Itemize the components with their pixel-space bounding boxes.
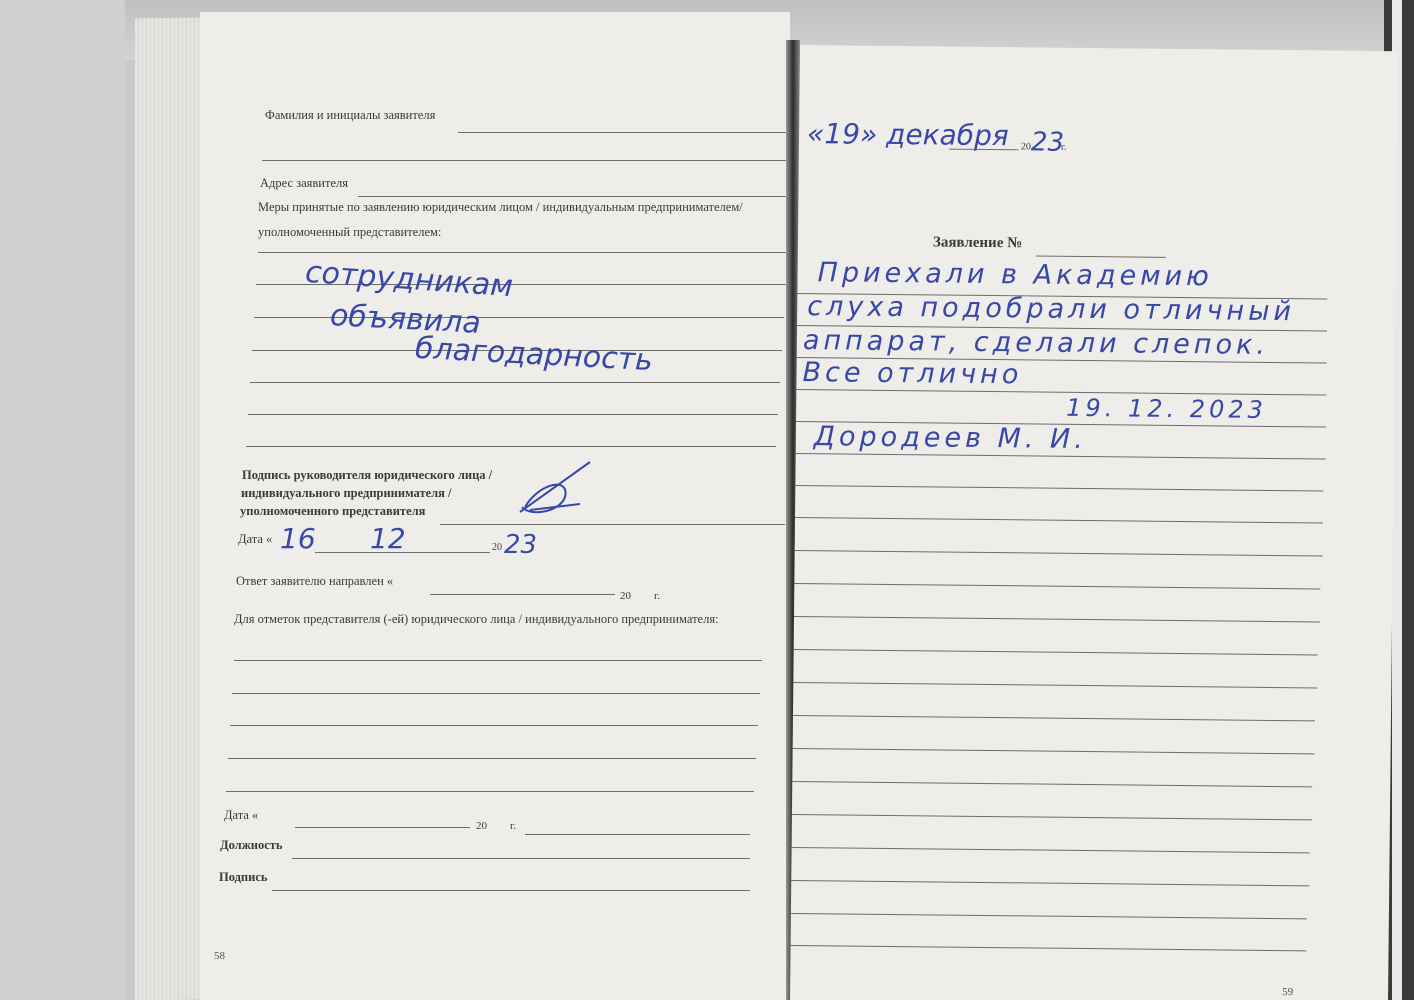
header-date-handwritten: «19» декабря	[807, 117, 1009, 152]
statement-line	[793, 715, 1315, 721]
applicant-name-label: Фамилия и инициалы заявителя	[265, 108, 435, 123]
bottom-date-suffix: г.	[510, 820, 516, 832]
signature-scribble-icon	[510, 452, 600, 522]
measures-line	[250, 382, 780, 383]
statement-line	[793, 748, 1315, 754]
measures-line	[258, 252, 788, 253]
statement-text-2: слуха подобрали отличный	[807, 291, 1295, 327]
applicant-address-label: Адрес заявителя	[260, 176, 348, 191]
representative-notes-label: Для отметок представителя (-ей) юридичес…	[234, 612, 719, 627]
statement-title: Заявление №	[933, 234, 1022, 252]
answer-sent-line	[430, 594, 615, 595]
statement-line	[791, 945, 1307, 951]
bottom-date-extra-line	[525, 834, 750, 835]
statement-text-4: Все отлично	[802, 357, 1022, 390]
statement-line	[794, 616, 1320, 623]
notes-line	[234, 660, 762, 661]
statement-line	[791, 880, 1309, 886]
statement-line	[794, 649, 1318, 655]
date-month-line	[315, 552, 490, 553]
statement-line	[793, 682, 1317, 688]
answer-sent-year: 20	[620, 590, 631, 602]
signature-line	[440, 524, 785, 525]
signature-head-label-3: уполномоченного представителя	[240, 504, 425, 519]
measures-label-2: уполномоченный представителем:	[258, 225, 441, 240]
statement-text-3: аппарат, сделали слепок.	[803, 325, 1269, 361]
statement-line	[795, 550, 1323, 557]
answer-sent-year-suffix: г.	[654, 590, 660, 602]
bottom-date-line	[295, 827, 470, 828]
statement-line	[795, 517, 1323, 524]
handwritten-measures-1: сотрудникам	[304, 255, 514, 304]
statement-number-line	[1036, 255, 1166, 257]
signature-head-label-1: Подпись руководителя юридического лица /	[242, 468, 492, 483]
notes-line	[226, 791, 754, 792]
position-label: Должность	[220, 838, 283, 853]
measures-line	[246, 446, 776, 447]
bottom-date-year: 20	[476, 820, 487, 832]
measures-line	[248, 414, 778, 415]
statement-line	[794, 583, 1320, 590]
bottom-signature-line	[272, 890, 750, 891]
background-left	[0, 0, 125, 1000]
date-day: 16	[280, 522, 316, 555]
statement-line	[792, 781, 1312, 787]
notes-line	[228, 758, 756, 759]
signature-label: Подпись	[219, 870, 268, 885]
left-page: Фамилия и инициалы заявителя Адрес заяви…	[200, 12, 790, 1000]
applicant-name-line-2	[262, 160, 788, 161]
statement-line	[792, 814, 1312, 820]
handwritten-measures-3: благодарность	[414, 331, 653, 378]
statement-line	[795, 485, 1323, 492]
header-year-prefix: 20	[1021, 141, 1031, 152]
statement-line	[791, 913, 1307, 919]
notes-line	[230, 725, 758, 726]
statement-signer: Дородеев М. И.	[814, 421, 1087, 455]
measures-label: Меры принятые по заявлению юридическим л…	[258, 200, 743, 215]
date-month: 12	[370, 522, 406, 555]
header-year-end: г.	[1061, 142, 1067, 153]
statement-line	[796, 389, 1326, 396]
page-number-left: 58	[214, 950, 225, 962]
date-label: Дата «	[238, 532, 272, 547]
date-year-prefix: 20	[492, 542, 502, 553]
signature-head-label-2: индивидуального предпринимателя /	[241, 486, 452, 501]
page-number-right: 59	[1282, 986, 1293, 998]
statement-text-1: Приехали в Академию	[817, 257, 1213, 292]
applicant-address-line	[358, 196, 788, 197]
statement-line	[792, 847, 1310, 853]
date-year-suffix: 23	[504, 530, 537, 560]
statement-date: 19. 12. 2023	[1066, 394, 1267, 424]
notes-line	[232, 693, 760, 694]
header-year-suffix: 23	[1031, 127, 1064, 157]
position-line	[292, 858, 750, 859]
bottom-date-label: Дата «	[224, 808, 258, 823]
answer-sent-label: Ответ заявителю направлен «	[236, 574, 393, 589]
book-page-edges	[135, 18, 205, 1000]
right-page: «19» декабря 20 23 г. Заявление № Приеха…	[790, 45, 1398, 1000]
applicant-name-line	[458, 132, 788, 133]
